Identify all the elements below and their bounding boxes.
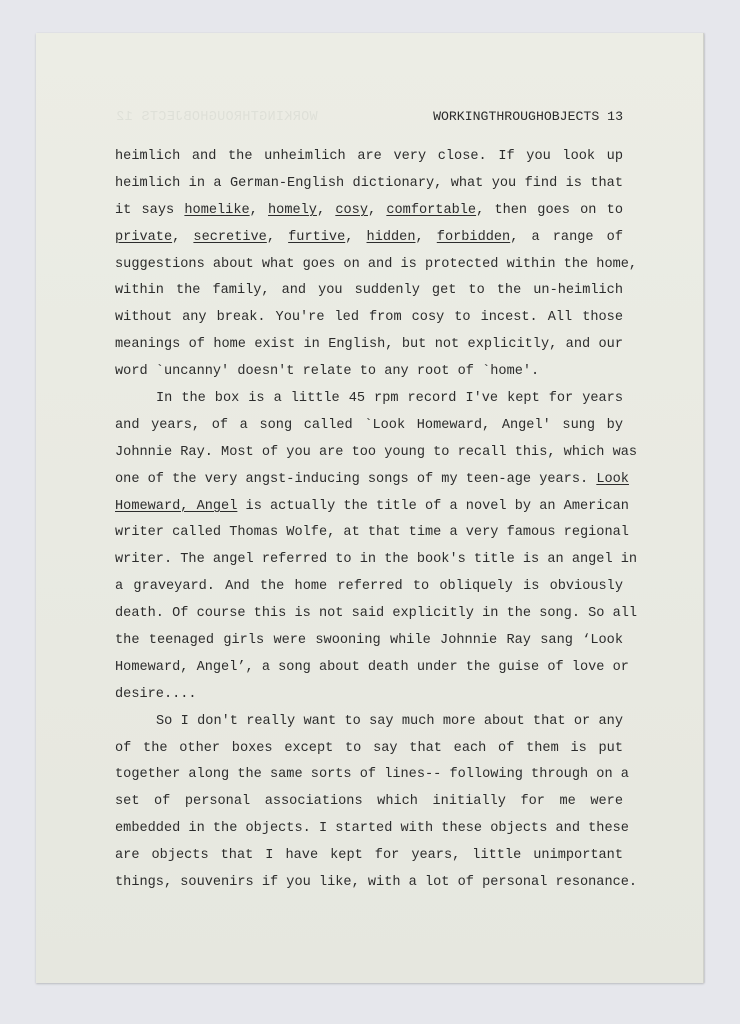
underlined-term: furtive bbox=[288, 230, 345, 245]
text-run: writer called Thomas Wolfe, at that time… bbox=[115, 525, 629, 540]
text-run: embedded in the objects. I started with … bbox=[115, 821, 629, 836]
text-run: a graveyard. And the home referred to ob… bbox=[115, 579, 623, 594]
underlined-term: forbidden bbox=[437, 230, 510, 245]
text-line: desire.... bbox=[115, 682, 623, 709]
text-run: are objects that I have kept for years, … bbox=[115, 848, 623, 863]
paragraph: heimlich and the unheimlich are very clo… bbox=[115, 144, 623, 386]
text-line: set of personal associations which initi… bbox=[115, 789, 623, 816]
text-run: desire.... bbox=[115, 687, 197, 702]
text-line: embedded in the objects. I started with … bbox=[115, 816, 623, 843]
text-run: it says bbox=[115, 203, 184, 218]
running-header: WORKINGTHROUGHOBJECTS 13 bbox=[433, 109, 623, 124]
text-run: , bbox=[250, 203, 268, 218]
text-run: is actually the title of a novel by an A… bbox=[237, 499, 629, 514]
text-run: heimlich in a German-English dictionary,… bbox=[115, 176, 623, 191]
text-run: In the box is a little 45 rpm record I'v… bbox=[156, 391, 623, 406]
text-line: word `uncanny' doesn't relate to any roo… bbox=[115, 359, 623, 386]
text-run: word `uncanny' doesn't relate to any roo… bbox=[115, 364, 539, 379]
text-line: Johnnie Ray. Most of you are too young t… bbox=[115, 440, 623, 467]
text-line: of the other boxes except to say that ea… bbox=[115, 736, 623, 763]
text-run: the teenaged girls were swooning while J… bbox=[115, 633, 623, 648]
text-line: meanings of home exist in English, but n… bbox=[115, 332, 623, 359]
text-run: , bbox=[368, 203, 386, 218]
text-line: Homeward, Angel’, a song about death und… bbox=[115, 655, 623, 682]
text-run: death. Of course this is not said explic… bbox=[115, 606, 637, 621]
text-line: heimlich and the unheimlich are very clo… bbox=[115, 144, 623, 171]
text-line: heimlich in a German-English dictionary,… bbox=[115, 171, 623, 198]
text-line: private, secretive, furtive, hidden, for… bbox=[115, 225, 623, 252]
text-line: within the family, and you suddenly get … bbox=[115, 278, 623, 305]
text-run: Homeward, Angel’, a song about death und… bbox=[115, 660, 629, 675]
text-run: , bbox=[415, 230, 436, 245]
text-line: Homeward, Angel is actually the title of… bbox=[115, 494, 623, 521]
underlined-term: secretive bbox=[193, 230, 266, 245]
text-run: together along the same sorts of lines--… bbox=[115, 767, 629, 782]
underlined-term: private bbox=[115, 230, 172, 245]
text-run: without any break. You're led from cosy … bbox=[115, 310, 623, 325]
text-line: it says homelike, homely, cosy, comforta… bbox=[115, 198, 623, 225]
underlined-term: hidden bbox=[367, 230, 416, 245]
text-run: , bbox=[172, 230, 193, 245]
text-run: meanings of home exist in English, but n… bbox=[115, 337, 623, 352]
text-line: writer. The angel referred to in the boo… bbox=[115, 547, 623, 574]
text-run: within the family, and you suddenly get … bbox=[115, 283, 623, 298]
text-run: , bbox=[267, 230, 288, 245]
text-line: and years, of a song called `Look Homewa… bbox=[115, 413, 623, 440]
text-line: one of the very angst-inducing songs of … bbox=[115, 467, 623, 494]
text-line: In the box is a little 45 rpm record I'v… bbox=[115, 386, 623, 413]
underlined-term: cosy bbox=[335, 203, 368, 218]
text-line: the teenaged girls were swooning while J… bbox=[115, 628, 623, 655]
text-run: of the other boxes except to say that ea… bbox=[115, 741, 623, 756]
text-run: writer. The angel referred to in the boo… bbox=[115, 552, 637, 567]
text-line: death. Of course this is not said explic… bbox=[115, 601, 623, 628]
text-run: , bbox=[345, 230, 366, 245]
text-run: So I don't really want to say much more … bbox=[156, 714, 623, 729]
underlined-term: homelike bbox=[184, 203, 249, 218]
text-run: , a range of bbox=[510, 230, 623, 245]
text-run: heimlich and the unheimlich are very clo… bbox=[115, 149, 623, 164]
text-run: Johnnie Ray. Most of you are too young t… bbox=[115, 445, 637, 460]
text-line: So I don't really want to say much more … bbox=[115, 709, 623, 736]
underlined-term: homely bbox=[268, 203, 317, 218]
text-run: set of personal associations which initi… bbox=[115, 794, 623, 809]
text-run: , then goes on to bbox=[476, 203, 623, 218]
text-line: together along the same sorts of lines--… bbox=[115, 762, 623, 789]
text-run: things, souvenirs if you like, with a lo… bbox=[115, 875, 637, 890]
text-line: a graveyard. And the home referred to ob… bbox=[115, 574, 623, 601]
paragraph: In the box is a little 45 rpm record I'v… bbox=[115, 386, 623, 709]
underlined-term: Homeward, Angel bbox=[115, 499, 237, 514]
text-line: writer called Thomas Wolfe, at that time… bbox=[115, 520, 623, 547]
text-line: suggestions about what goes on and is pr… bbox=[115, 252, 623, 279]
show-through-text: WORKINGTHROUGHOBJECTS 12 bbox=[116, 110, 318, 125]
typescript-page: WORKINGTHROUGHOBJECTS 12 WORKINGTHROUGHO… bbox=[36, 33, 704, 983]
text-run: , bbox=[317, 203, 335, 218]
text-run: one of the very angst-inducing songs of … bbox=[115, 472, 596, 487]
text-line: are objects that I have kept for years, … bbox=[115, 843, 623, 870]
text-run: suggestions about what goes on and is pr… bbox=[115, 257, 637, 272]
text-line: without any break. You're led from cosy … bbox=[115, 305, 623, 332]
paragraph: So I don't really want to say much more … bbox=[115, 709, 623, 897]
underlined-term: Look bbox=[596, 472, 629, 487]
document-body: heimlich and the unheimlich are very clo… bbox=[115, 144, 623, 897]
text-run: and years, of a song called `Look Homewa… bbox=[115, 418, 623, 433]
text-line: things, souvenirs if you like, with a lo… bbox=[115, 870, 623, 897]
underlined-term: comfortable bbox=[386, 203, 476, 218]
